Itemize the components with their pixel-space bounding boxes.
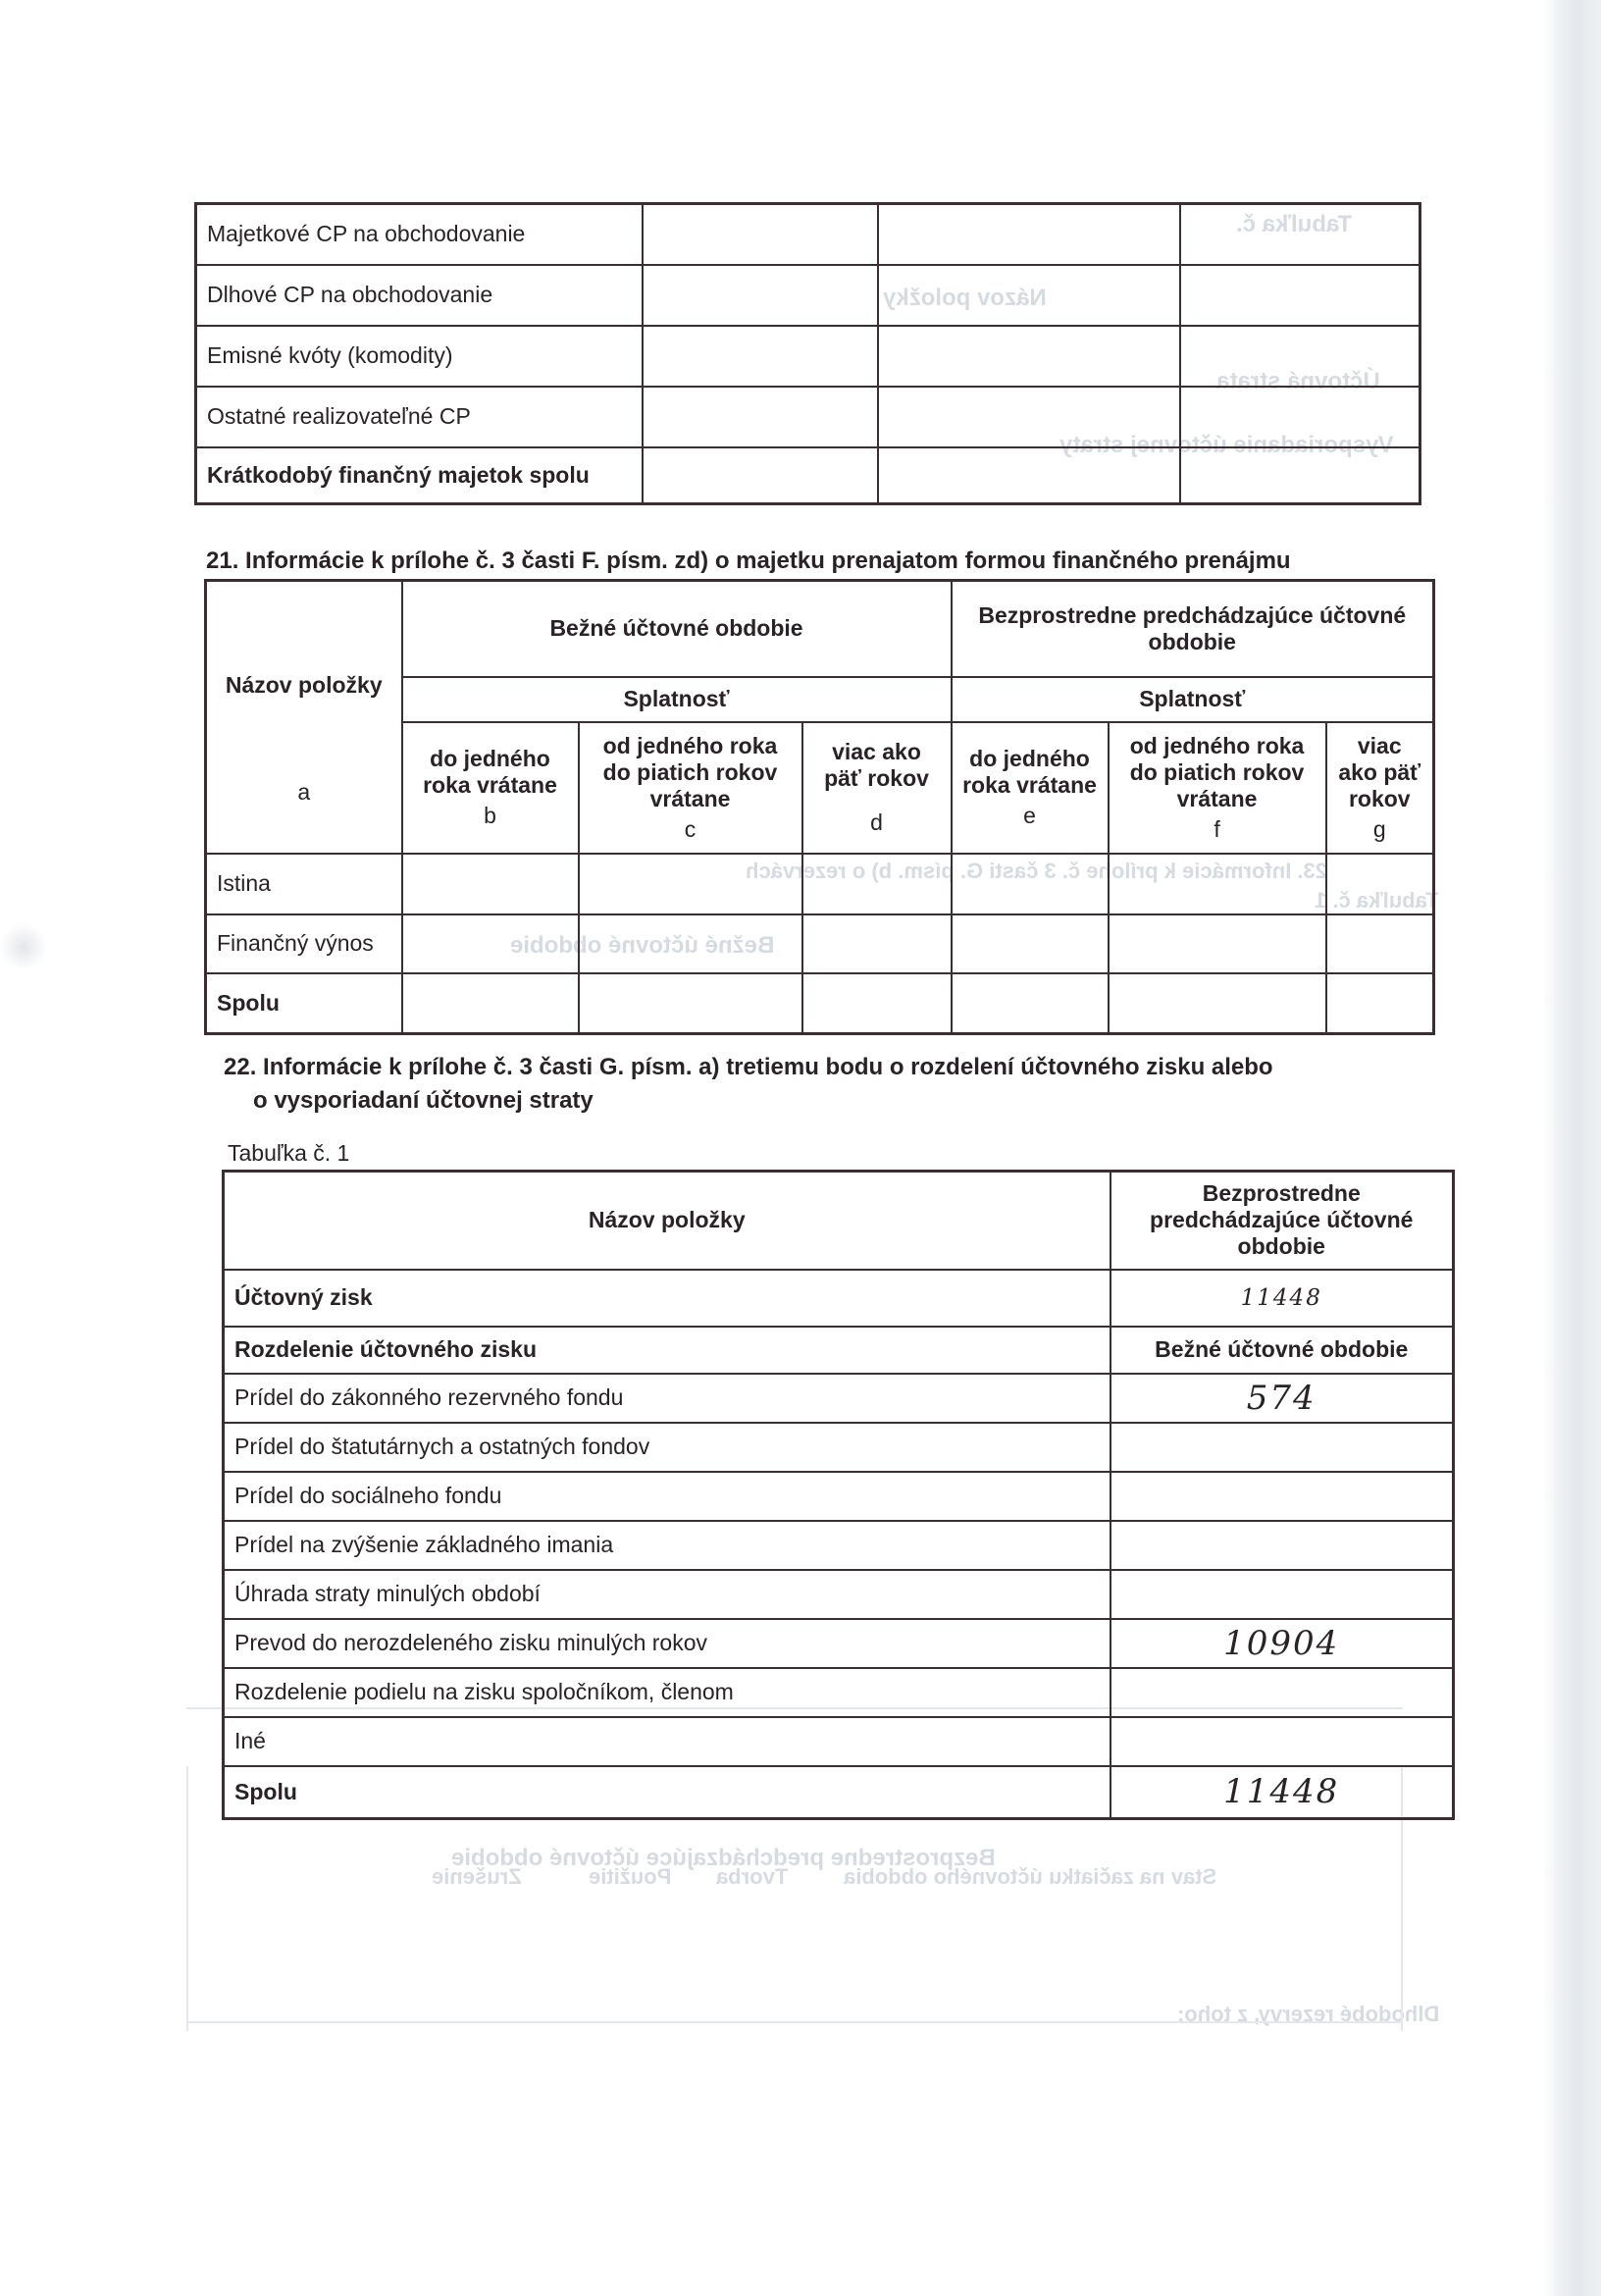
column-header-b: do jedného roka vrátane b	[402, 722, 579, 854]
value-cell[interactable]	[878, 204, 1180, 265]
table-row: Iné	[224, 1717, 1454, 1766]
value-cell[interactable]	[1326, 854, 1434, 914]
value-cell[interactable]	[643, 265, 878, 326]
current-period-header: Bežné účtovné obdobie	[402, 581, 952, 677]
value-cell[interactable]	[402, 914, 579, 973]
short-term-financial-assets-table: Majetkové CP na obchodovanie Dlhové CP n…	[194, 202, 1421, 505]
value-cell[interactable]	[1180, 265, 1420, 326]
value-cell[interactable]	[579, 854, 802, 914]
current-period-header: Bežné účtovné obdobie	[1110, 1327, 1454, 1374]
row-label: Rozdelenie účtovného zisku	[224, 1327, 1110, 1374]
bleed-through-text: Stav na začiatku účtovného obdobia	[844, 1864, 1216, 1890]
scan-edge	[1542, 0, 1601, 2296]
section-21-heading: 21. Informácie k prílohe č. 3 časti F. p…	[206, 548, 1291, 575]
table-row: Účtovný zisk 11448	[224, 1270, 1454, 1327]
value-cell[interactable]	[643, 204, 878, 265]
profit-distribution-table: Názov položky Bezprostredne predchádzajú…	[222, 1170, 1455, 1820]
bleed-through-text: Zrušenie	[432, 1864, 522, 1890]
column-header-text: viac ako päť rokov	[1337, 733, 1423, 812]
table-row: Istina	[206, 854, 1434, 914]
row-label: Rozdelenie podielu na zisku spoločníkom,…	[224, 1668, 1110, 1717]
value-cell[interactable]	[643, 447, 878, 504]
column-letter: g	[1337, 816, 1423, 843]
value-cell[interactable]	[1109, 854, 1326, 914]
value-cell[interactable]	[1326, 973, 1434, 1034]
column-header-f: od jedného roka do piatich rokov vrátane…	[1109, 722, 1326, 854]
row-label: Prídel do zákonného rezervného fondu	[224, 1374, 1110, 1423]
value-cell[interactable]	[878, 447, 1180, 504]
handwritten-value[interactable]: 11448	[1110, 1766, 1454, 1819]
value-cell[interactable]	[1326, 914, 1434, 973]
value-cell[interactable]	[802, 854, 952, 914]
section-22-heading-line2: o vysporiadaní účtovnej straty	[253, 1087, 594, 1115]
scan-smudge	[0, 922, 47, 971]
value-cell[interactable]	[1180, 447, 1420, 504]
table-row: Prídel na zvýšenie základného imania	[224, 1521, 1454, 1570]
handwritten-value[interactable]: 574	[1110, 1374, 1454, 1423]
value-cell[interactable]	[579, 973, 802, 1034]
maturity-header: Splatnosť	[952, 677, 1434, 722]
row-label: Majetkové CP na obchodovanie	[196, 204, 643, 265]
column-header-text: od jedného roka do piatich rokov vrátane	[590, 733, 792, 812]
column-letter: d	[813, 809, 941, 836]
value-cell[interactable]	[402, 854, 579, 914]
value-cell[interactable]	[643, 387, 878, 447]
table-row: Úhrada straty minulých období	[224, 1570, 1454, 1619]
value-cell[interactable]	[1110, 1668, 1454, 1717]
column-header-g: viac ako päť rokov g	[1326, 722, 1434, 854]
table-row: Prídel do štatutárnych a ostatných fondo…	[224, 1423, 1454, 1472]
column-letter: a	[217, 779, 391, 806]
value-cell[interactable]	[952, 854, 1109, 914]
table-row-total: Krátkodobý finančný majetok spolu	[196, 447, 1420, 504]
table-row-total: Spolu	[206, 973, 1434, 1034]
item-name-header: Názov položky	[224, 1172, 1110, 1270]
column-header-text: do jedného roka vrátane	[413, 746, 568, 799]
value-cell[interactable]	[579, 914, 802, 973]
value-cell[interactable]	[1180, 326, 1420, 387]
row-label: Finančný výnos	[206, 914, 402, 973]
table-row: Prídel do sociálneho fondu	[224, 1472, 1454, 1521]
column-header-text: do jedného roka vrátane	[962, 746, 1098, 799]
row-label: Dlhové CP na obchodovanie	[196, 265, 643, 326]
column-header-e: do jedného roka vrátane e	[952, 722, 1109, 854]
row-label: Iné	[224, 1717, 1110, 1766]
column-header-d: viac ako päť rokov d	[802, 722, 952, 854]
value-cell[interactable]	[1110, 1521, 1454, 1570]
bleed-through-text: Tvorba	[716, 1864, 788, 1890]
value-cell[interactable]	[1110, 1717, 1454, 1766]
table-row: Majetkové CP na obchodovanie	[196, 204, 1420, 265]
bleed-through-text: Použitie	[589, 1864, 671, 1890]
previous-period-header: Bezprostredne predchádzajúce účtovné obd…	[1110, 1172, 1454, 1270]
row-label: Prídel na zvýšenie základného imania	[224, 1521, 1110, 1570]
table-label: Tabuľka č. 1	[228, 1140, 349, 1167]
row-label: Prídel do štatutárnych a ostatných fondo…	[224, 1423, 1110, 1472]
column-letter: c	[590, 816, 792, 843]
table-row: Prevod do nerozdeleného zisku minulých r…	[224, 1619, 1454, 1668]
item-name-header: Názov položky a	[206, 581, 402, 854]
column-header-text: od jedného roka do piatich rokov vrátane	[1119, 733, 1316, 812]
value-cell[interactable]	[643, 326, 878, 387]
row-label: Prevod do nerozdeleného zisku minulých r…	[224, 1619, 1110, 1668]
value-cell[interactable]	[402, 973, 579, 1034]
value-cell[interactable]	[878, 265, 1180, 326]
handwritten-value[interactable]: 10904	[1110, 1619, 1454, 1668]
value-cell[interactable]	[1180, 387, 1420, 447]
table-row: Rozdelenie účtovného zisku Bežné účtovné…	[224, 1327, 1454, 1374]
table-row: Emisné kvóty (komodity)	[196, 326, 1420, 387]
bleed-through-rule	[186, 1766, 188, 2031]
maturity-header: Splatnosť	[402, 677, 952, 722]
header-row: Názov položky Bezprostredne predchádzajú…	[224, 1172, 1454, 1270]
row-label: Účtovný zisk	[224, 1270, 1110, 1327]
value-cell[interactable]	[802, 973, 952, 1034]
table-row: Finančný výnos	[206, 914, 1434, 973]
item-name-header-text: Názov položky	[217, 672, 391, 699]
table-row: Dlhové CP na obchodovanie	[196, 265, 1420, 326]
row-label: Emisné kvóty (komodity)	[196, 326, 643, 387]
header-row: Názov položky a Bežné účtovné obdobie Be…	[206, 581, 1434, 677]
row-label: Krátkodobý finančný majetok spolu	[196, 447, 643, 504]
column-header-text: viac ako päť rokov	[813, 739, 941, 792]
bleed-through-rule	[186, 2021, 1403, 2023]
column-letter: e	[962, 803, 1098, 829]
value-cell[interactable]	[1180, 204, 1420, 265]
value-cell[interactable]	[802, 914, 952, 973]
value-cell[interactable]	[952, 973, 1109, 1034]
value-cell[interactable]	[1110, 1570, 1454, 1619]
table-row-total: Spolu 11448	[224, 1766, 1454, 1819]
value-cell[interactable]	[1109, 973, 1326, 1034]
value-cell[interactable]	[878, 326, 1180, 387]
table-row: Prídel do zákonného rezervného fondu 574	[224, 1374, 1454, 1423]
value-cell[interactable]	[1110, 1472, 1454, 1521]
row-label: Spolu	[206, 973, 402, 1034]
row-label: Ostatné realizovateľné CP	[196, 387, 643, 447]
row-label: Istina	[206, 854, 402, 914]
table-row: Ostatné realizovateľné CP	[196, 387, 1420, 447]
value-cell[interactable]	[1109, 914, 1326, 973]
finance-lease-table: Názov položky a Bežné účtovné obdobie Be…	[204, 579, 1435, 1035]
value-cell[interactable]	[1110, 1423, 1454, 1472]
row-label: Spolu	[224, 1766, 1110, 1819]
row-label: Prídel do sociálneho fondu	[224, 1472, 1110, 1521]
column-header-c: od jedného roka do piatich rokov vrátane…	[579, 722, 802, 854]
column-letter: f	[1119, 816, 1316, 843]
handwritten-value[interactable]: 11448	[1110, 1270, 1454, 1327]
value-cell[interactable]	[952, 914, 1109, 973]
row-label: Úhrada straty minulých období	[224, 1570, 1110, 1619]
table-row: Rozdelenie podielu na zisku spoločníkom,…	[224, 1668, 1454, 1717]
column-letter: b	[413, 803, 568, 829]
value-cell[interactable]	[878, 387, 1180, 447]
previous-period-header: Bezprostredne predchádzajúce účtovné obd…	[952, 581, 1434, 677]
section-22-heading: 22. Informácie k prílohe č. 3 časti G. p…	[224, 1054, 1420, 1081]
